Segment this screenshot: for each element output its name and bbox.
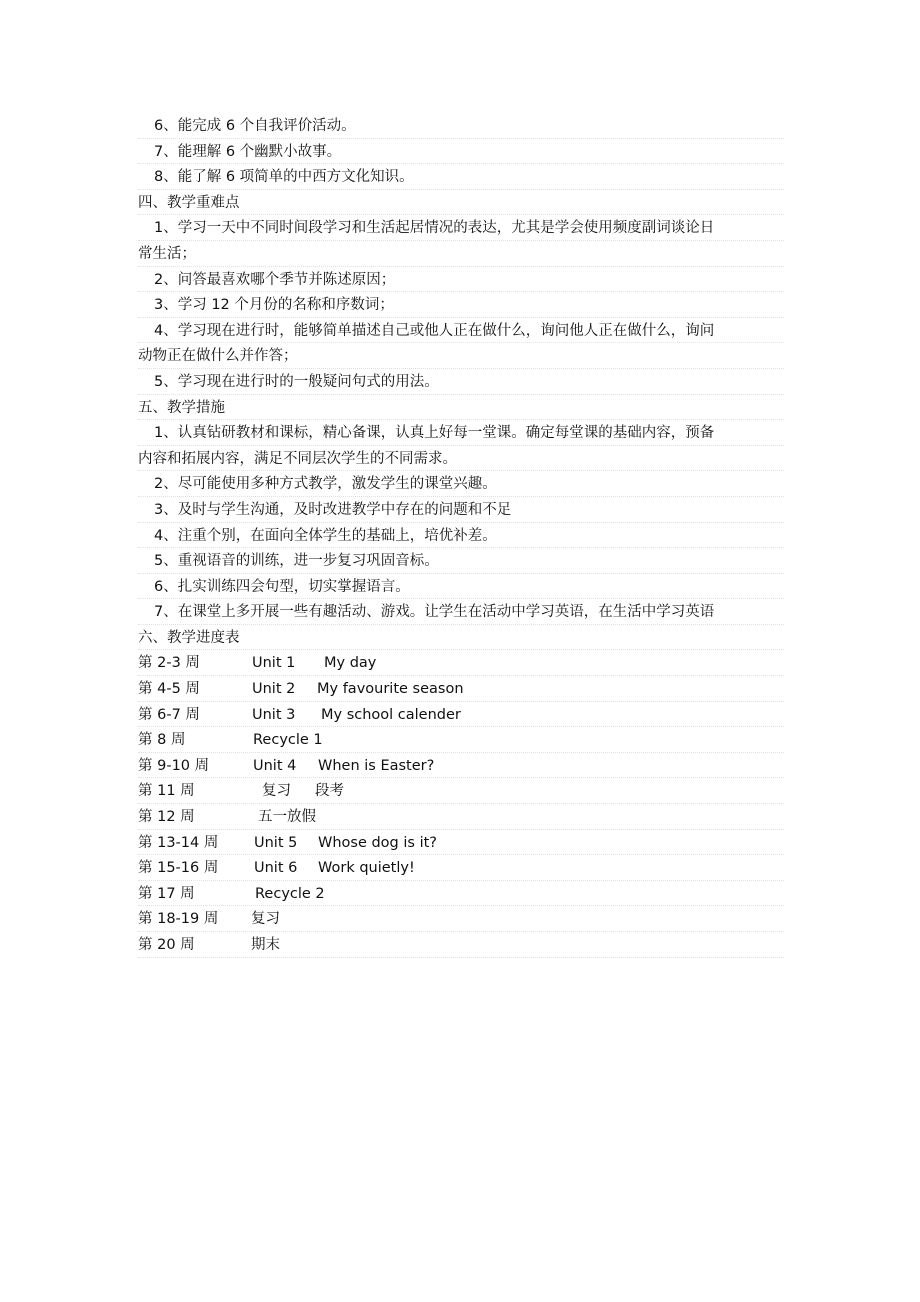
schedule-unit: Unit 5 bbox=[254, 831, 297, 857]
measure-6: 6、扎实训练四会句型，切实掌握语言。 bbox=[138, 575, 784, 601]
schedule-row: 第 2-3 周 Unit 1 My day bbox=[138, 651, 784, 677]
measure-1-line2: 内容和拓展内容，满足不同层次学生的不同需求。 bbox=[138, 447, 784, 473]
objective-item-7: 7、能理解 6 个幽默小故事。 bbox=[138, 140, 784, 166]
schedule-unit: Recycle 1 bbox=[253, 728, 323, 754]
schedule-row: 第 4-5 周 Unit 2 My favourite season bbox=[138, 677, 784, 703]
section-heading-key-points: 四、教学重难点 bbox=[138, 191, 784, 217]
schedule-week: 第 20 周 bbox=[138, 933, 195, 959]
schedule-week: 第 8 周 bbox=[138, 728, 185, 754]
schedule-row: 第 6-7 周 Unit 3 My school calender bbox=[138, 703, 784, 729]
schedule-week: 第 12 周 bbox=[138, 805, 195, 831]
measure-2: 2、尽可能使用多种方式教学，激发学生的课堂兴趣。 bbox=[138, 472, 784, 498]
schedule-unit: Unit 1 bbox=[252, 651, 295, 677]
schedule-unit: 复习 bbox=[262, 779, 291, 805]
schedule-table: 第 2-3 周 Unit 1 My day 第 4-5 周 Unit 2 My … bbox=[138, 651, 784, 958]
schedule-week: 第 18-19 周 bbox=[138, 907, 218, 933]
schedule-title: Whose dog is it? bbox=[318, 831, 437, 857]
section-heading-schedule: 六、教学进度表 bbox=[138, 626, 784, 652]
objective-item-6: 6、能完成 6 个自我评价活动。 bbox=[138, 114, 784, 140]
schedule-row: 第 17 周 Recycle 2 bbox=[138, 882, 784, 908]
schedule-row: 第 20 周 期末 bbox=[138, 933, 784, 959]
measure-4: 4、注重个别，在面向全体学生的基础上，培优补差。 bbox=[138, 524, 784, 550]
schedule-unit: 期末 bbox=[251, 933, 280, 959]
objective-item-8: 8、能了解 6 项简单的中西方文化知识。 bbox=[138, 165, 784, 191]
schedule-week: 第 13-14 周 bbox=[138, 831, 218, 857]
measure-3: 3、及时与学生沟通，及时改进教学中存在的问题和不足 bbox=[138, 498, 784, 524]
measure-5: 5、重视语音的训练，进一步复习巩固音标。 bbox=[138, 549, 784, 575]
key-point-4-line2: 动物正在做什么并作答； bbox=[138, 344, 784, 370]
schedule-week: 第 9-10 周 bbox=[138, 754, 209, 780]
schedule-unit: 五一放假 bbox=[258, 805, 316, 831]
key-point-1-line2: 常生活； bbox=[138, 242, 784, 268]
schedule-row: 第 9-10 周 Unit 4 When is Easter? bbox=[138, 754, 784, 780]
schedule-week: 第 2-3 周 bbox=[138, 651, 200, 677]
schedule-week: 第 6-7 周 bbox=[138, 703, 200, 729]
schedule-week: 第 11 周 bbox=[138, 779, 195, 805]
schedule-title: Work quietly! bbox=[318, 856, 415, 882]
schedule-title: My school calender bbox=[321, 703, 461, 729]
key-point-5: 5、学习现在进行时的一般疑问句式的用法。 bbox=[138, 370, 784, 396]
schedule-row: 第 12 周 五一放假 bbox=[138, 805, 784, 831]
schedule-row: 第 15-16 周 Unit 6 Work quietly! bbox=[138, 856, 784, 882]
key-point-1-line1: 1、学习一天中不同时间段学习和生活起居情况的表达，尤其是学会使用频度副词谈论日 bbox=[138, 216, 784, 242]
schedule-title: When is Easter? bbox=[318, 754, 434, 780]
section-heading-measures: 五、教学措施 bbox=[138, 396, 784, 422]
schedule-week: 第 15-16 周 bbox=[138, 856, 218, 882]
schedule-title: 段考 bbox=[315, 779, 344, 805]
document-page: 6、能完成 6 个自我评价活动。 7、能理解 6 个幽默小故事。 8、能了解 6… bbox=[138, 114, 784, 959]
key-point-4-line1: 4、学习现在进行时，能够简单描述自己或他人正在做什么，询问他人正在做什么，询问 bbox=[138, 319, 784, 345]
schedule-unit: Unit 4 bbox=[253, 754, 296, 780]
measure-1-line1: 1、认真钻研教材和课标，精心备课，认真上好每一堂课。确定每堂课的基础内容，预备 bbox=[138, 421, 784, 447]
schedule-row: 第 8 周 Recycle 1 bbox=[138, 728, 784, 754]
schedule-week: 第 17 周 bbox=[138, 882, 195, 908]
schedule-unit: Unit 3 bbox=[252, 703, 295, 729]
schedule-unit: 复习 bbox=[251, 907, 280, 933]
schedule-row: 第 18-19 周 复习 bbox=[138, 907, 784, 933]
schedule-title: My favourite season bbox=[317, 677, 464, 703]
schedule-week: 第 4-5 周 bbox=[138, 677, 200, 703]
schedule-row: 第 11 周 复习 段考 bbox=[138, 779, 784, 805]
schedule-unit: Unit 6 bbox=[254, 856, 297, 882]
schedule-row: 第 13-14 周 Unit 5 Whose dog is it? bbox=[138, 831, 784, 857]
key-point-2: 2、问答最喜欢哪个季节并陈述原因； bbox=[138, 268, 784, 294]
schedule-title: My day bbox=[324, 651, 376, 677]
schedule-unit: Recycle 2 bbox=[255, 882, 325, 908]
measure-7: 7、在课堂上多开展一些有趣活动、游戏。让学生在活动中学习英语，在生活中学习英语 bbox=[138, 600, 784, 626]
schedule-unit: Unit 2 bbox=[252, 677, 295, 703]
key-point-3: 3、学习 12 个月份的名称和序数词； bbox=[138, 293, 784, 319]
